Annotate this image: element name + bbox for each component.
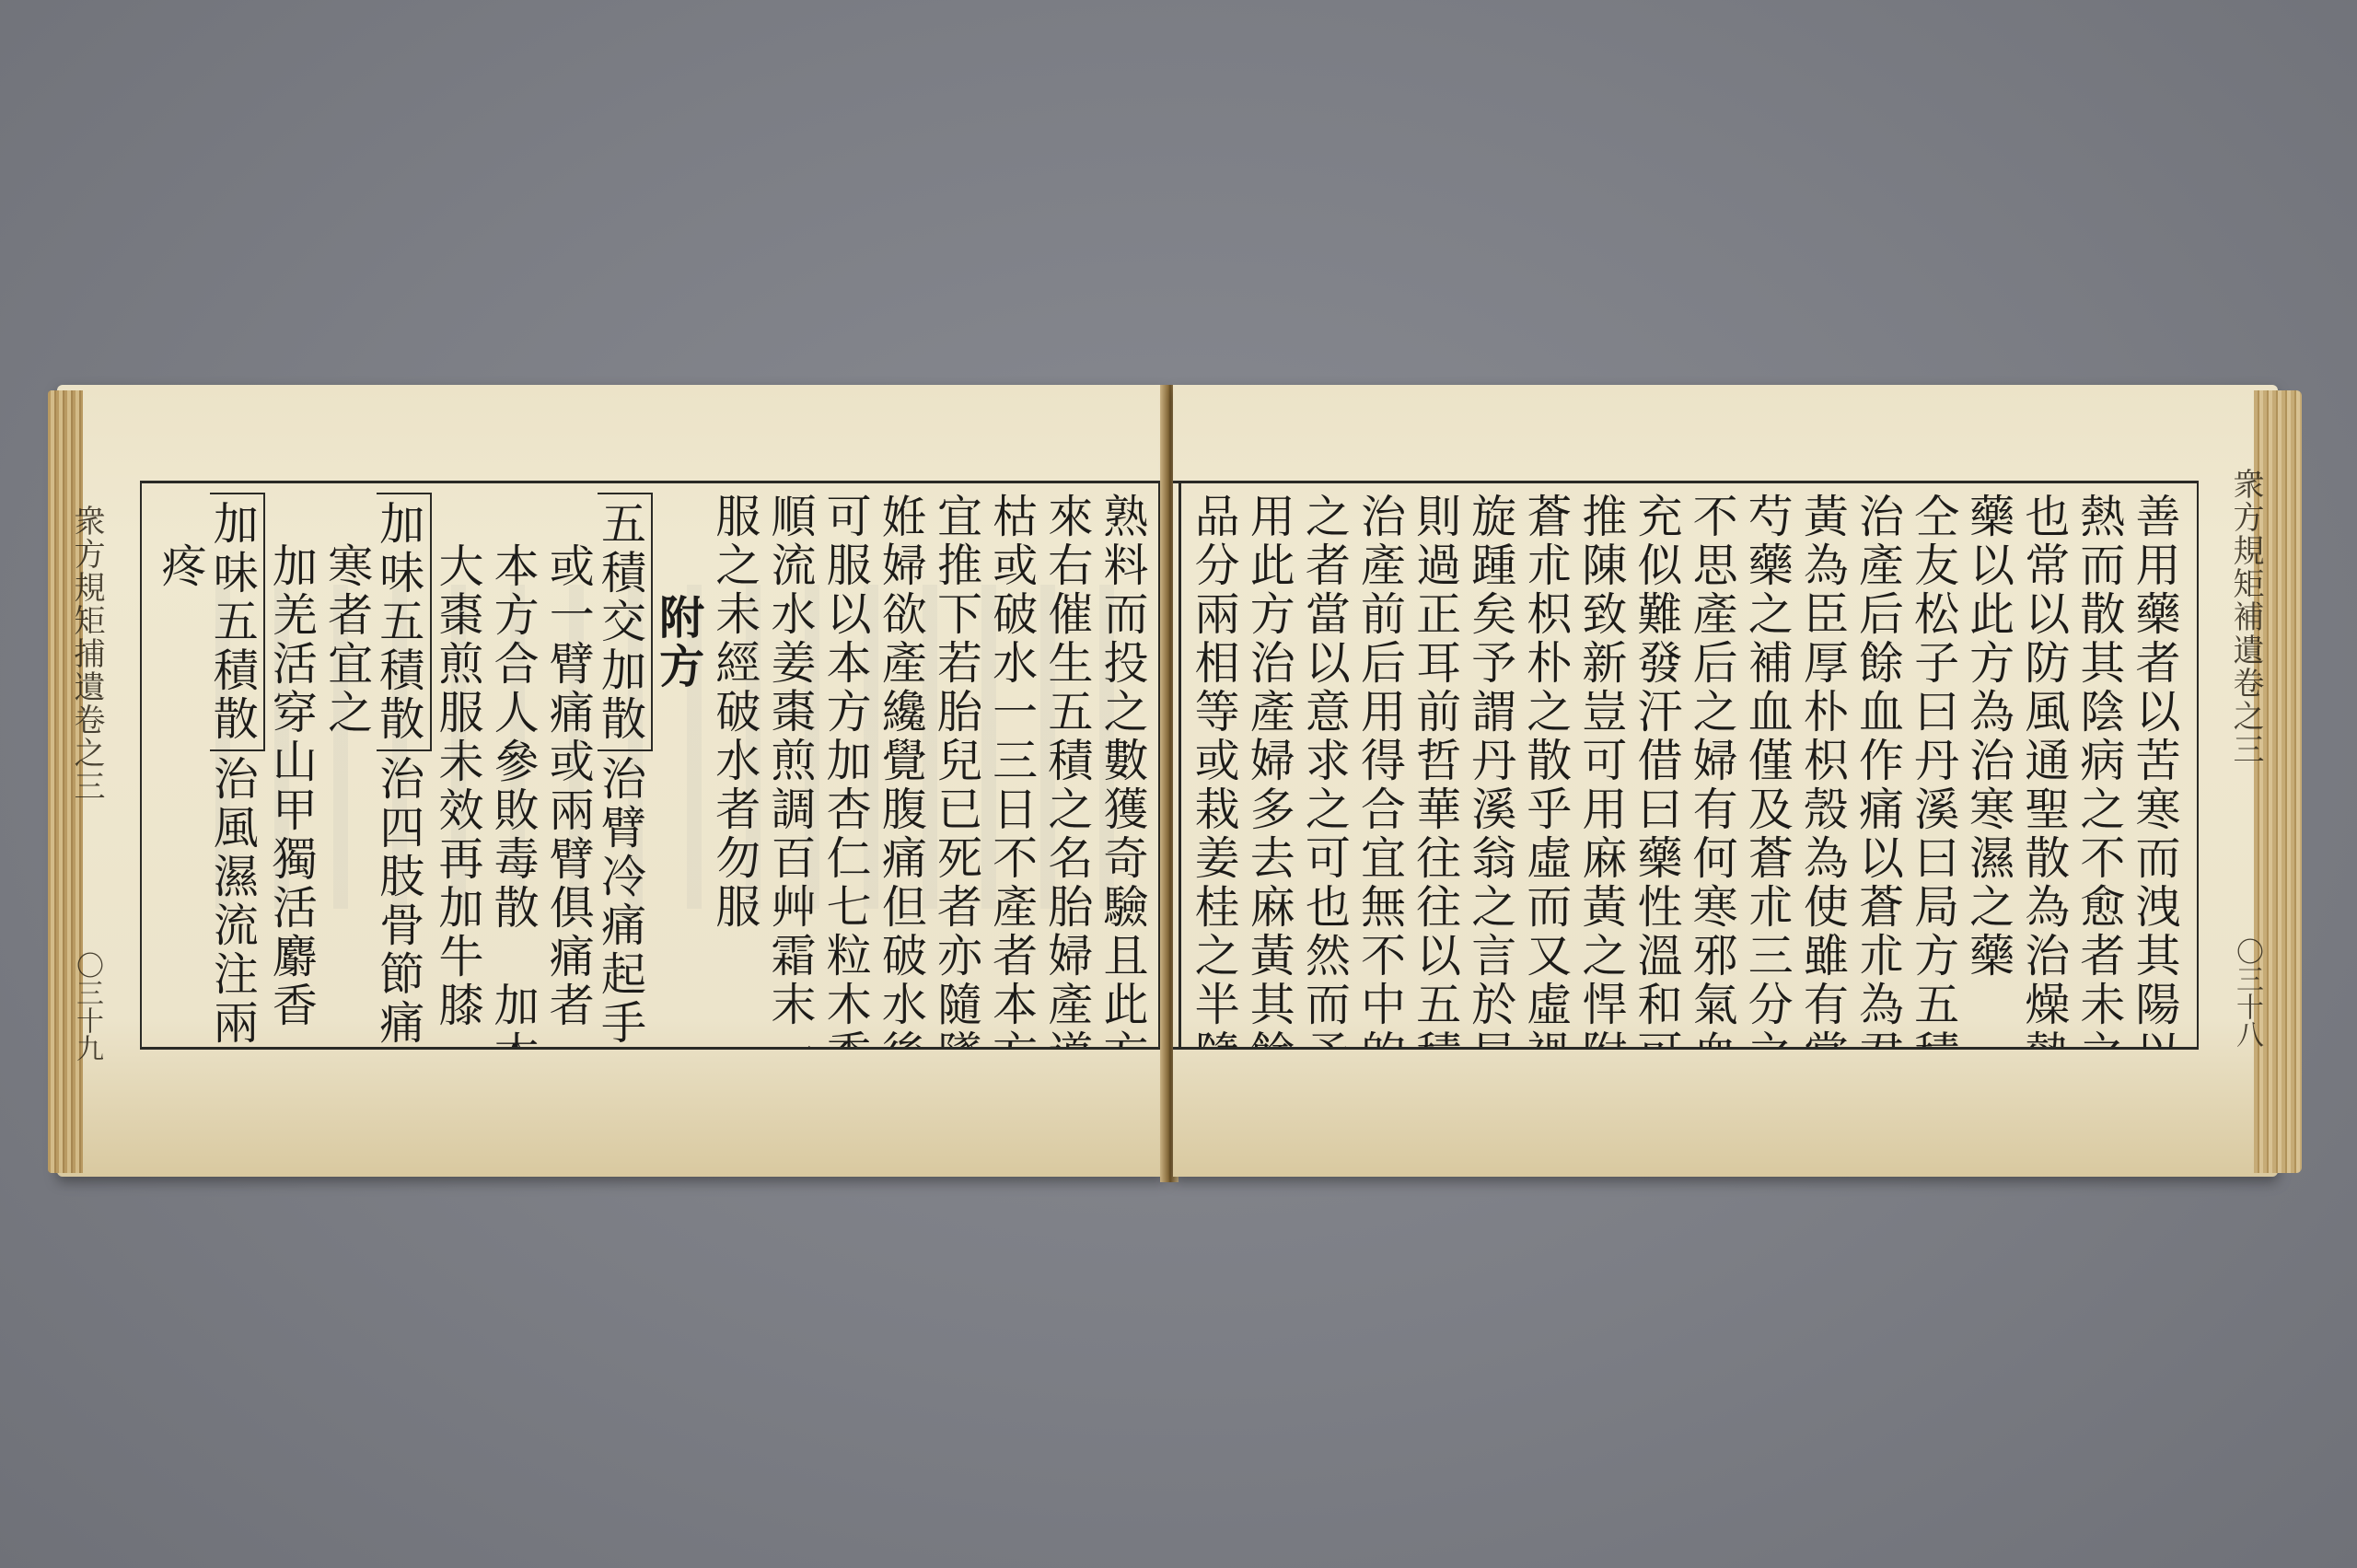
text-column: 服之未經破水者勿服 [709, 483, 764, 1047]
right-margin-title: 衆方規矩補遺卷之三 [2223, 468, 2269, 766]
formula-text: 治風濕流注兩脚酸 [210, 755, 259, 1047]
formula-continuation: 加羌活穿山甲獨活麝香 [265, 483, 320, 1047]
formula-text: 治四肢骨節痛因風 [377, 755, 425, 1047]
open-book: 衆方規矩捕遺卷之三 〇三十九 熟料而投之數獲奇驗且此方古 來右催生五積之名胎婦產… [57, 385, 2278, 1184]
text-column: 黃為臣厚朴枳殼為使雖有當歸 [1796, 483, 1852, 1047]
text-column: 枯或破水一三日不產者本方最 [985, 483, 1040, 1047]
formula-name-box: 五積交加散 [598, 493, 653, 751]
text-column: 順流水姜棗煎調百艸霜末一錢 [764, 483, 819, 1047]
right-fold-number: 〇三十八 [2226, 937, 2267, 1048]
text-column: 藥以此方為治寒濕之藥 [1963, 483, 2018, 1047]
text-column: 用此方治產婦多去麻黃其餘藥 [1243, 483, 1298, 1047]
formula-continuation: 本方合人參敗毒散 加木瓜 [487, 483, 542, 1047]
text-column: 旋踵矣予謂丹溪翁之言於局方 [1465, 483, 1520, 1047]
formula-name-box: 加味五積散 [210, 493, 265, 751]
text-column: 宜推下若胎兒已死者亦隨墜下 [930, 483, 985, 1047]
formula-continuation: 大棗煎服未效再加牛膝 [432, 483, 487, 1047]
left-columns: 熟料而投之數獲奇驗且此方古 來右催生五積之名胎婦產道乾 枯或破水一三日不產者本方… [142, 483, 1167, 1047]
left-margin-title: 衆方規矩捕遺卷之三 [64, 505, 110, 803]
text-column: 則過正耳前哲華往往以五積散 [1409, 483, 1464, 1047]
formula-entry: 加味五積散治風濕流注兩脚酸 [210, 483, 265, 1047]
text-column: 仝友松子曰丹溪曰局方五積散 [1907, 483, 1962, 1047]
left-fold-number: 〇三十九 [66, 951, 107, 1062]
text-column: 充似難發汗借曰藥性溫和可以 [1631, 483, 1686, 1047]
text-column: 蒼朮枳朴之散乎虛而又虛禍不 [1520, 483, 1575, 1047]
formula-text: 治臂冷痛起手甚艱 [598, 755, 646, 1047]
text-column: 也常以防風通聖散為治燥熱之 [2018, 483, 2073, 1047]
text-column: 治產前后用得合宜無不中的學 [1353, 483, 1409, 1047]
text-column: 治產后餘血作痛以蒼朮為君麻 [1852, 483, 1907, 1047]
text-column: 熱而散其陰病之不愈者未之有 [2073, 483, 2129, 1047]
left-text-frame: 熟料而投之數獲奇驗且此方古 來右催生五積之名胎婦產道乾 枯或破水一三日不產者本方… [140, 481, 1167, 1050]
right-text-frame: 善用藥者以苦寒而洩其陽以辛 熱而散其陰病之不愈者未之有 也常以防風通聖散為治燥熱… [1173, 481, 2199, 1050]
right-page: 衆方規矩補遺卷之三 〇三十八 善用藥者以苦寒而洩其陽以辛 熱而散其陰病之不愈者未… [1173, 385, 2278, 1177]
text-column: 來右催生五積之名胎婦產道乾 [1041, 483, 1097, 1047]
section-heading: 附方 [653, 483, 708, 1047]
formula-continuation: 寒者宜之 [320, 483, 376, 1047]
text-column: 芍藥之補血僅及蒼朮三分之一 [1741, 483, 1796, 1047]
formula-entry: 五積交加散治臂冷痛起手甚艱 [598, 483, 653, 1047]
text-column: 善用藥者以苦寒而洩其陽以辛 [2129, 483, 2184, 1047]
formula-name-box: 加味五積散 [377, 493, 432, 751]
left-page: 衆方規矩捕遺卷之三 〇三十九 熟料而投之數獲奇驗且此方古 來右催生五積之名胎婦產… [57, 385, 1167, 1177]
text-column: 熟料而投之數獲奇驗且此方古 [1097, 483, 1152, 1047]
right-columns: 善用藥者以苦寒而洩其陽以辛 熱而散其陰病之不愈者未之有 也常以防風通聖散為治燥熱… [1173, 483, 2197, 1047]
text-column: 可服以本方加杏仁七粒木香磨 [819, 483, 875, 1047]
formula-continuation: 或一臂痛或兩臂俱痛者 [542, 483, 598, 1047]
text-column: 推陳致新豈可用麻黃之悍附以 [1575, 483, 1631, 1047]
formula-entry: 加味五積散治四肢骨節痛因風 [377, 483, 432, 1047]
text-column: 姙婦欲產纔覺腹痛但破水後便 [875, 483, 930, 1047]
text-column: 不思產后之婦有何寒邪氣血未 [1686, 483, 1741, 1047]
text-column: 品分兩相等或栽姜桂之半隨生 [1188, 483, 1243, 1047]
formula-continuation: 疼 [155, 483, 210, 1047]
text-column: 之者當以意求之可也然而予常 [1298, 483, 1353, 1047]
